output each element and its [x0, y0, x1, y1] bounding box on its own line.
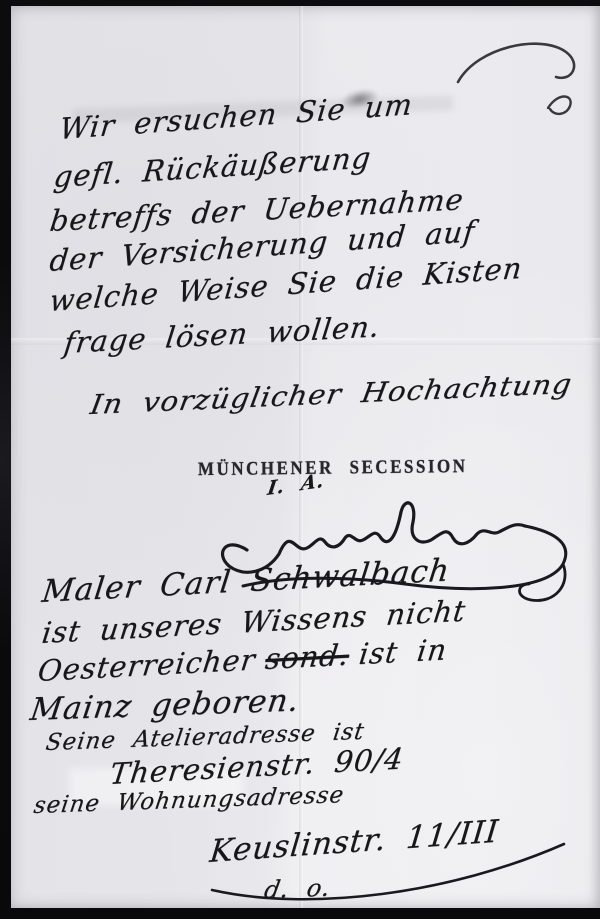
muenchener-secession-stamp: MÜNCHENER SECESSION	[198, 455, 468, 481]
postscript-abbreviation: d. o.	[262, 873, 333, 904]
flourish-underline	[200, 832, 580, 912]
stray-flourish	[450, 30, 590, 120]
struck-out-word: sond.	[263, 637, 351, 676]
letter-photograph: Wir ersuchen Sie um gefl. Rückäußerung b…	[0, 0, 600, 919]
postscript-word: ist in	[357, 632, 449, 671]
